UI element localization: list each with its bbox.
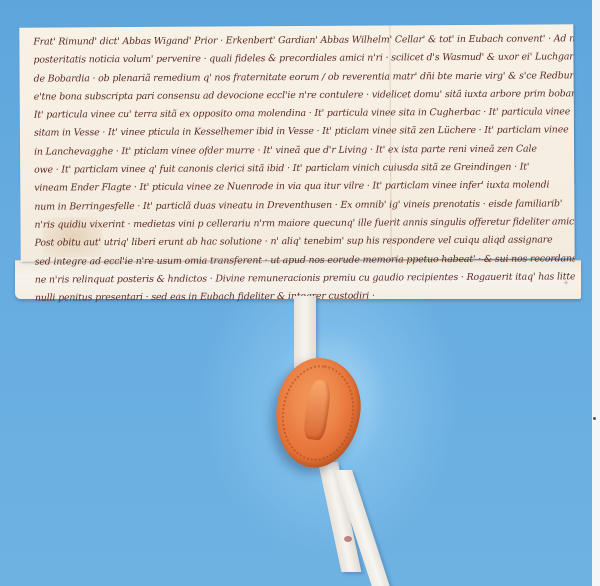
parchment-charter: Frat' Rimund' dict' Abbas Wigand' Prior … <box>19 24 574 261</box>
strap-stain <box>344 536 352 542</box>
dust-speck <box>593 417 596 420</box>
charter-line: ne n'ris relinquat posteris & hndictos ·… <box>35 268 575 290</box>
charter-text: Frat' Rimund' dict' Abbas Wigand' Prior … <box>33 30 575 308</box>
image-border-strip <box>592 0 600 586</box>
